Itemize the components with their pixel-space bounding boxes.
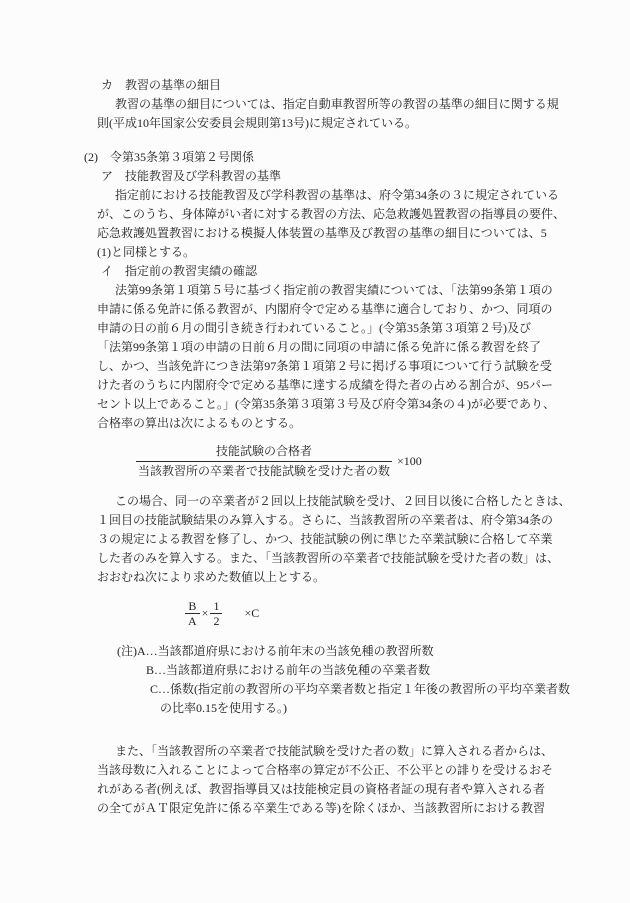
heading-sub-i: イ 指定前の教習実績の確認 — [101, 262, 630, 281]
fraction-denominator: 2 — [210, 613, 222, 628]
doc-line: 「法第99条第１項の申請の日前６月の間に同項の申請に係る免許に係る教習を終了 — [97, 338, 630, 357]
doc-line: けた者のうちに内閣府令で定める基準に達する成績を得た者の占める割合が、95パー — [97, 376, 630, 395]
doc-line: また、「当該教習所の卒業者で技能試験を受けた者の数」に算入される者からは、 — [97, 742, 630, 761]
times-c-term: ×C — [244, 604, 259, 623]
fraction-numerator: 技能試験の合格者 — [136, 442, 392, 461]
doc-line: 合格率の算出は次によるものとする。 — [97, 414, 630, 433]
doc-line: (1)と同様とする。 — [97, 243, 630, 262]
doc-line: 当該母数に入れることによって合格率の算定が不公正、不公平との誹りを受けるおそ — [97, 761, 630, 780]
minimum-count-formula: B A × 1 2 ×C — [185, 599, 630, 628]
doc-line: 法第99条第１項第５号に基づく指定前の教習実績については、「法第99条第１項の — [97, 281, 630, 300]
fraction-one-half: 1 2 — [210, 599, 222, 628]
heading-ka: カ 教習の基準の細目 — [101, 76, 630, 95]
doc-line: おおむね次により求めた数値以上とする。 — [97, 568, 630, 587]
pass-rate-formula: 技能試験の合格者 当該教習所の卒業者で技能試験を受けた者の数 ×100 — [136, 442, 630, 481]
doc-line: の全てがＡＴ限定免許に係る卒業生である等)を除くほか、当該教習所における教習 — [97, 799, 630, 818]
doc-line: が、このうち、身体障がい者に対する教習の方法、応急救護処置教習の指導員の要件、 — [97, 205, 630, 224]
fraction-denominator: A — [185, 613, 200, 628]
doc-line: 指定前における技能教習及び学科教習の基準は、府令第34条の３に規定されている — [97, 186, 630, 205]
note-line: C…係数(指定前の教習所の平均卒業者数と指定１年後の教習所の平均卒業者数 — [150, 680, 630, 699]
doc-line: 則(平成10年国家公安委員会規則第13号)に規定されている。 — [97, 114, 630, 133]
doc-line: セント以上であること。」(令第35条第３項第３号及び府令第34条の４)が必要であ… — [97, 395, 630, 414]
fraction-b-over-a: B A — [185, 599, 200, 628]
note-line: B…当該都道府県における前年の当該免種の卒業者数 — [146, 661, 630, 680]
multiply-sign: × — [202, 604, 209, 623]
doc-line: 申請に係る免許に係る教習が、内閣府令で定める基準に適合しており、かつ、同項の — [97, 300, 630, 319]
doc-line: れがある者(例えば、教習指導員又は技能検定員の資格者証の現有者や算入される者 — [97, 780, 630, 799]
note-line: の比率0.15を使用する。) — [160, 699, 630, 718]
doc-line: し、かつ、当該免許につき法第97条第１項第２号に掲げる事項について行う試験を受 — [97, 357, 630, 376]
fraction-numerator: 1 — [210, 599, 222, 613]
doc-line: この場合、同一の卒業者が２回以上技能試験を受け、２回目以後に合格したときは、 — [97, 492, 630, 511]
fraction-numerator: B — [185, 599, 200, 613]
doc-line: ３の規定による教習を修了し、かつ、技能試験の例に準じた卒業試験に合格して卒業 — [97, 530, 630, 549]
heading-sub-a: ア 技能教習及び学科教習の基準 — [101, 167, 630, 186]
formula-multiplier: ×100 — [397, 452, 422, 471]
fraction-denominator: 当該教習所の卒業者で技能試験を受けた者の数 — [136, 461, 392, 481]
doc-line: した者のみを算入する。また、「当該教習所の卒業者で技能試験を受けた者の数」は、 — [97, 549, 630, 568]
doc-line: １回目の技能試験結果のみ算入する。さらに、当該教習所の卒業者は、府令第34条の — [97, 511, 630, 530]
doc-line: 申請の日の前６月の間引き続き行われていること。」(令第35条第３項第２号)及び — [97, 319, 630, 338]
note-line: (注)A…当該都道府県における前年末の当該免種の教習所数 — [117, 642, 630, 661]
document-page: カ 教習の基準の細目 教習の基準の細目については、指定自動車教習所等の教習の基準… — [0, 0, 630, 903]
doc-line: 教習の基準の細目については、指定自動車教習所等の教習の基準の細目に関する規 — [97, 95, 630, 114]
fraction: 技能試験の合格者 当該教習所の卒業者で技能試験を受けた者の数 — [136, 442, 392, 481]
heading-section-2: (2) 令第35条第３項第２号関係 — [84, 148, 630, 167]
doc-line: 応急救護処置教習における模擬人体装置の基準及び教習の基準の細目については、5 — [97, 224, 630, 243]
